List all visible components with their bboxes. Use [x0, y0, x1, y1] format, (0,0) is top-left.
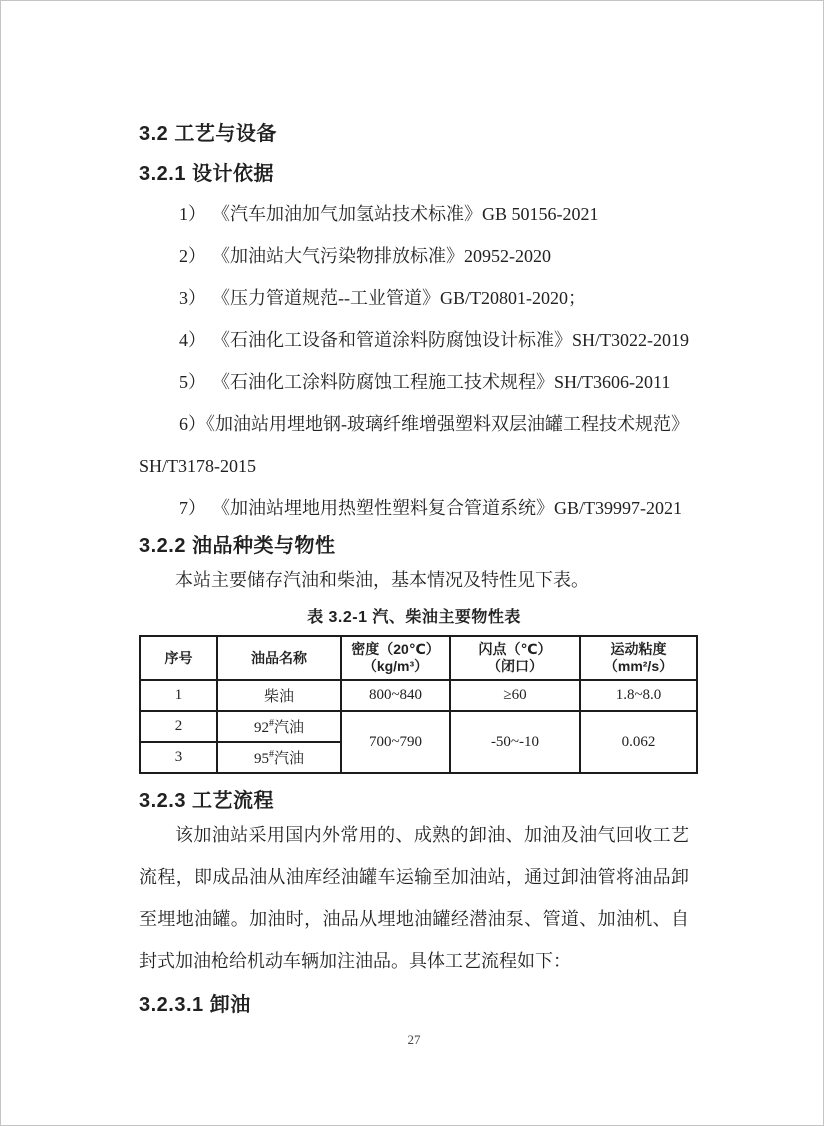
header-density-line2: （kg/m³） [342, 658, 449, 675]
table-row: 1 柴油 800~840 ≥60 1.8~8.0 [140, 680, 697, 711]
cell-viscosity-merged: 0.062 [580, 711, 697, 773]
cell-density-merged: 700~790 [341, 711, 450, 773]
table-header-row: 序号 油品名称 密度（20℃） （kg/m³） 闪点（℃） （闭口） 运动粘度 … [140, 636, 697, 680]
section-heading-3-2-1: 3.2.1 设计依据 [139, 161, 689, 187]
cell-flash-point: ≥60 [450, 680, 580, 711]
list-item-text: 《加油站埋地用热塑性塑料复合管道系统》GB/T39997-2021 [221, 498, 682, 518]
table-row: 2 92#汽油 700~790 -50~-10 0.062 [140, 711, 697, 742]
oil-name-rest: 汽油 [274, 720, 304, 736]
cell-flash-point-merged: -50~-10 [450, 711, 580, 773]
document-page: 3.2 工艺与设备 3.2.1 设计依据 1）《汽车加油加气加氢站技术标准》GB… [0, 0, 824, 1126]
cell-oil-name: 95#汽油 [217, 742, 341, 773]
list-item: 3）《压力管道规范--工业管道》GB/T20801-2020； [139, 277, 689, 319]
list-item-text: 《石油化工设备和管道涂料防腐蚀设计标准》SH/T3022-2019 [221, 330, 689, 350]
list-item: 7）《加油站埋地用热塑性塑料复合管道系统》GB/T39997-2021 [139, 487, 689, 529]
list-item-number: 4） [179, 330, 206, 350]
header-viscosity-line1: 运动粘度 [581, 641, 696, 658]
list-item-text: 《石油化工涂料防腐蚀工程施工技术规程》SH/T3606-2011 [221, 372, 670, 392]
oil-properties-table: 序号 油品名称 密度（20℃） （kg/m³） 闪点（℃） （闭口） 运动粘度 … [139, 635, 698, 774]
list-item: 4）《石油化工设备和管道涂料防腐蚀设计标准》SH/T3022-2019 [139, 319, 689, 361]
section-heading-3-2-2: 3.2.2 油品种类与物性 [139, 533, 689, 559]
oil-name-rest: 汽油 [274, 751, 304, 767]
document-content: 3.2 工艺与设备 3.2.1 设计依据 1）《汽车加油加气加氢站技术标准》GB… [1, 1, 823, 1048]
cell-density: 800~840 [341, 680, 450, 711]
header-viscosity-line2: （mm²/s） [581, 658, 696, 675]
list-item: 1）《汽车加油加气加氢站技术标准》GB 50156-2021 [139, 193, 689, 235]
header-cell-seq: 序号 [140, 636, 217, 680]
cell-oil-name: 92#汽油 [217, 711, 341, 742]
header-cell-density: 密度（20℃） （kg/m³） [341, 636, 450, 680]
header-flash-line2: （闭口） [451, 658, 579, 675]
list-item-number: 3） [179, 288, 206, 308]
list-item-text: 《加油站用埋地钢-玻璃纤维增强塑料双层油罐工程技术规范》SH/T3178-201… [139, 414, 689, 476]
table-caption: 表 3.2-1 汽、柴油主要物性表 [139, 607, 689, 629]
header-cell-oil-name: 油品名称 [217, 636, 341, 680]
list-item: 2）《加油站大气污染物排放标准》20952-2020 [139, 235, 689, 277]
page-number: 27 [139, 1032, 689, 1048]
header-density-line1: 密度（20℃） [342, 641, 449, 658]
list-item: 6）《加油站用埋地钢-玻璃纤维增强塑料双层油罐工程技术规范》SH/T3178-2… [139, 403, 689, 487]
oil-name-base: 92 [254, 720, 269, 736]
cell-viscosity: 1.8~8.0 [580, 680, 697, 711]
list-item-text: 《加油站大气污染物排放标准》20952-2020 [221, 246, 551, 266]
list-item: 5）《石油化工涂料防腐蚀工程施工技术规程》SH/T3606-2011 [139, 361, 689, 403]
list-item-number: 2） [179, 246, 206, 266]
intro-paragraph: 本站主要储存汽油和柴油，基本情况及特性见下表。 [139, 559, 689, 601]
cell-seq: 1 [140, 680, 217, 711]
list-item-number: 1） [179, 204, 206, 224]
section-heading-3-2-3: 3.2.3 工艺流程 [139, 788, 689, 814]
cell-seq: 3 [140, 742, 217, 773]
header-flash-line1: 闪点（℃） [451, 641, 579, 658]
header-cell-flash-point: 闪点（℃） （闭口） [450, 636, 580, 680]
design-basis-list: 1）《汽车加油加气加氢站技术标准》GB 50156-2021 2）《加油站大气污… [139, 193, 689, 529]
section-heading-3-2: 3.2 工艺与设备 [139, 121, 689, 147]
list-item-text: 《压力管道规范--工业管道》GB/T20801-2020； [221, 288, 586, 308]
cell-seq: 2 [140, 711, 217, 742]
oil-name-base: 95 [254, 751, 269, 767]
list-item-number: 5） [179, 372, 206, 392]
list-item-number: 7） [179, 498, 206, 518]
header-cell-viscosity: 运动粘度 （mm²/s） [580, 636, 697, 680]
list-item-number: 6） [179, 414, 206, 434]
list-item-text: 《汽车加油加气加氢站技术标准》GB 50156-2021 [221, 204, 599, 224]
process-paragraph: 该加油站采用国内外常用的、成熟的卸油、加油及油气回收工艺流程，即成品油从油库经油… [139, 814, 689, 982]
section-heading-3-2-3-1: 3.2.3.1 卸油 [139, 992, 689, 1018]
cell-oil-name: 柴油 [217, 680, 341, 711]
